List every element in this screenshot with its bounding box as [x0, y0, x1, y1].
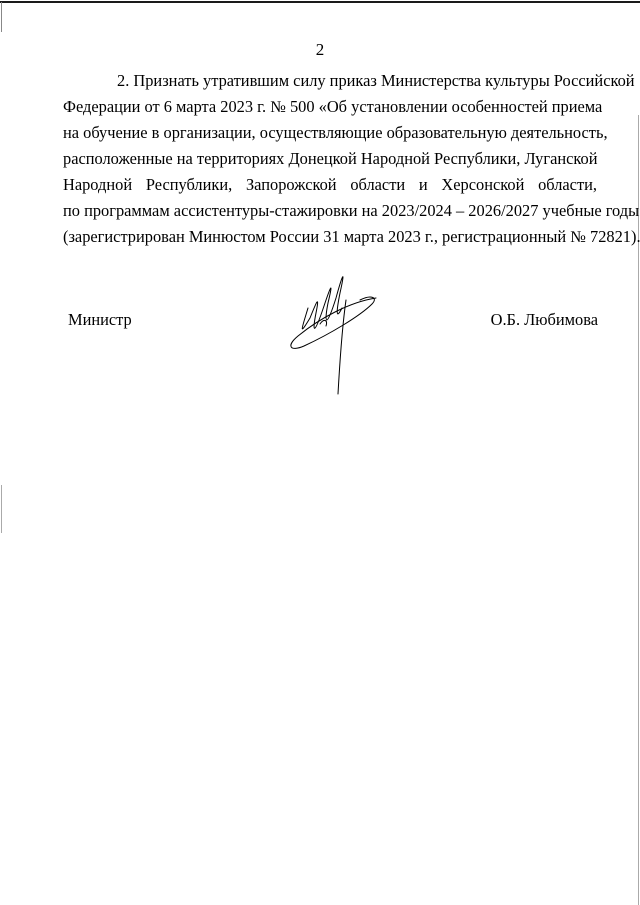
- signatory-title: Министр: [68, 310, 132, 330]
- scan-artifact-left: [1, 485, 2, 533]
- paragraph-line: 2. Признать утратившим силу приказ Минис…: [63, 68, 597, 94]
- scan-border-left: [1, 2, 2, 32]
- paragraph-line: на обучение в организации, осуществляющи…: [63, 120, 597, 146]
- paragraph-line: (зарегистрирован Минюстом России 31 март…: [63, 224, 597, 250]
- paragraph-line: Народной Республики, Запорожской области…: [63, 172, 597, 198]
- paragraph-line: Федерации от 6 марта 2023 г. № 500 «Об у…: [63, 94, 597, 120]
- handwritten-signature-icon: [280, 258, 390, 398]
- page-number: 2: [0, 40, 640, 60]
- signatory-name: О.Б. Любимова: [491, 310, 598, 330]
- paragraph-line: по программам ассистентуры-стажировки на…: [63, 198, 597, 224]
- paragraph-2: 2. Признать утратившим силу приказ Минис…: [63, 68, 597, 250]
- scan-border-top: [0, 1, 640, 3]
- paragraph-line: расположенные на территориях Донецкой На…: [63, 146, 597, 172]
